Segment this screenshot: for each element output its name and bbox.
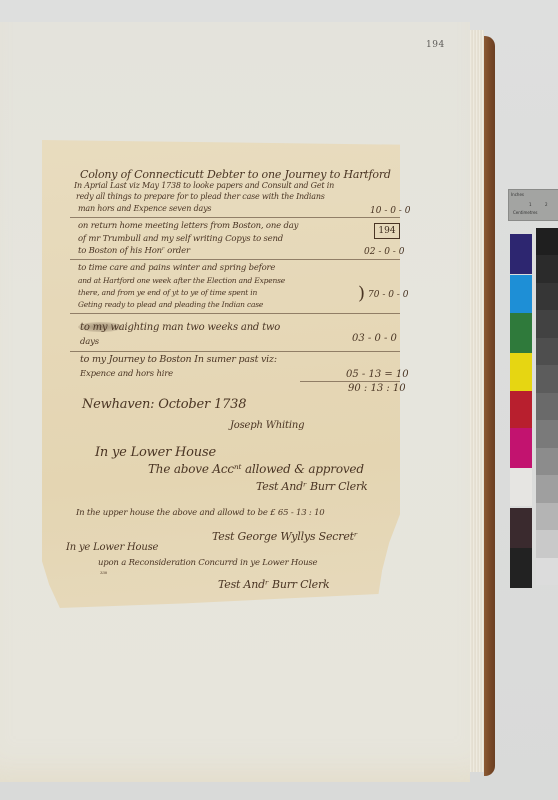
lower-house-attest: Test Andʳ Burr Clerk: [256, 480, 368, 493]
entry-line: to my waighting man two weeks and two: [80, 322, 280, 333]
entry-line: man hors and Expence seven days: [78, 204, 211, 213]
color-patch-cyan: [510, 275, 532, 313]
gray-step: [536, 558, 558, 586]
entry-amount: 70 - 0 - 0: [368, 290, 408, 300]
page-number: 194: [426, 40, 445, 50]
signature: Joseph Whiting: [230, 420, 304, 431]
entry-line: on return home meeting letters from Bost…: [78, 221, 298, 231]
upper-house-text: In the upper house the above and allowd …: [76, 508, 325, 518]
entry-line: Expence and hors hire: [80, 369, 173, 379]
ruler-top-label: Inches: [511, 192, 524, 197]
total-rule: [300, 381, 400, 382]
page-edges: [470, 30, 484, 772]
lower-house-2-attest: Test Andʳ Burr Clerk: [218, 578, 330, 591]
color-patch-brown-black: [510, 508, 532, 548]
color-patch-white: [510, 468, 532, 506]
color-patch-black: [510, 548, 532, 588]
color-patch-green: [510, 313, 532, 353]
entry-line: redy all things to prepare for to plead …: [76, 192, 325, 201]
gray-step: [536, 310, 558, 338]
entry-amount: 05 - 13 = 10: [346, 369, 409, 380]
total-amount: 90 : 13 : 10: [348, 383, 406, 394]
upper-house-attest: Test George Wyllys Secretʳ: [212, 530, 357, 543]
gray-step: [536, 228, 558, 256]
place-date: Newhaven: October 1738: [82, 397, 246, 412]
book-cover-spine: [484, 36, 495, 776]
entry-line: Geting ready to plead and pleading the I…: [78, 300, 263, 309]
entry-line: to Boston of his Honʳ order: [78, 246, 190, 256]
color-patch-yellow: [510, 353, 532, 391]
color-patch-magenta: [510, 428, 532, 468]
divider: [70, 259, 400, 260]
entry-line: days: [80, 337, 99, 347]
reconsideration-text: upon a Reconsideration Concurrd in ye Lo…: [98, 558, 317, 568]
entry-amount: 03 - 0 - 0: [352, 333, 397, 344]
brace: ): [358, 283, 365, 304]
divider: [70, 351, 400, 352]
color-patch-blue: [510, 234, 532, 274]
gray-step: [536, 255, 558, 283]
gray-step: [536, 530, 558, 558]
ruler-tick: 2: [545, 202, 548, 207]
ruler-bottom-label: Centimetres: [513, 210, 538, 215]
small-mark: 330: [100, 570, 107, 575]
lower-house-2-heading: In ye Lower House: [66, 542, 158, 553]
entry-line: of mr Trumbull and my self writing Copys…: [78, 234, 283, 244]
gray-step: [536, 448, 558, 476]
entry-line: there, and from ye end of yt to ye of ti…: [78, 288, 257, 297]
lower-house-approval: The above Accⁿᵗ allowed & approved: [148, 462, 364, 476]
lower-house-heading: In ye Lower House: [95, 445, 216, 460]
ruler-tick: 1: [529, 202, 532, 207]
gray-step: [536, 503, 558, 531]
color-patch-red: [510, 391, 532, 428]
entry-line: and at Hartford one week after the Elect…: [78, 276, 285, 285]
gray-step: [536, 420, 558, 448]
gray-step: [536, 393, 558, 421]
gray-step: [536, 365, 558, 393]
entry-amount: 02 - 0 - 0: [364, 247, 404, 257]
gray-step: [536, 283, 558, 311]
calibration-ruler: Inches 1 2 Centimetres: [508, 189, 558, 221]
folio-mark: 194: [374, 223, 400, 239]
divider: [70, 313, 400, 314]
gray-step: [536, 338, 558, 366]
entry-line: In Aprial Last viz May 1738 to looke pap…: [74, 181, 334, 190]
divider: [70, 217, 400, 218]
entry-line: to my Journey to Boston In sumer past vi…: [80, 354, 277, 365]
entry-line: Colony of Connecticutt Debter to one Jou…: [80, 168, 391, 181]
gray-step: [536, 475, 558, 503]
entry-amount: 10 - 0 - 0: [370, 206, 410, 216]
entry-line: to time care and pains winter and spring…: [78, 263, 275, 273]
